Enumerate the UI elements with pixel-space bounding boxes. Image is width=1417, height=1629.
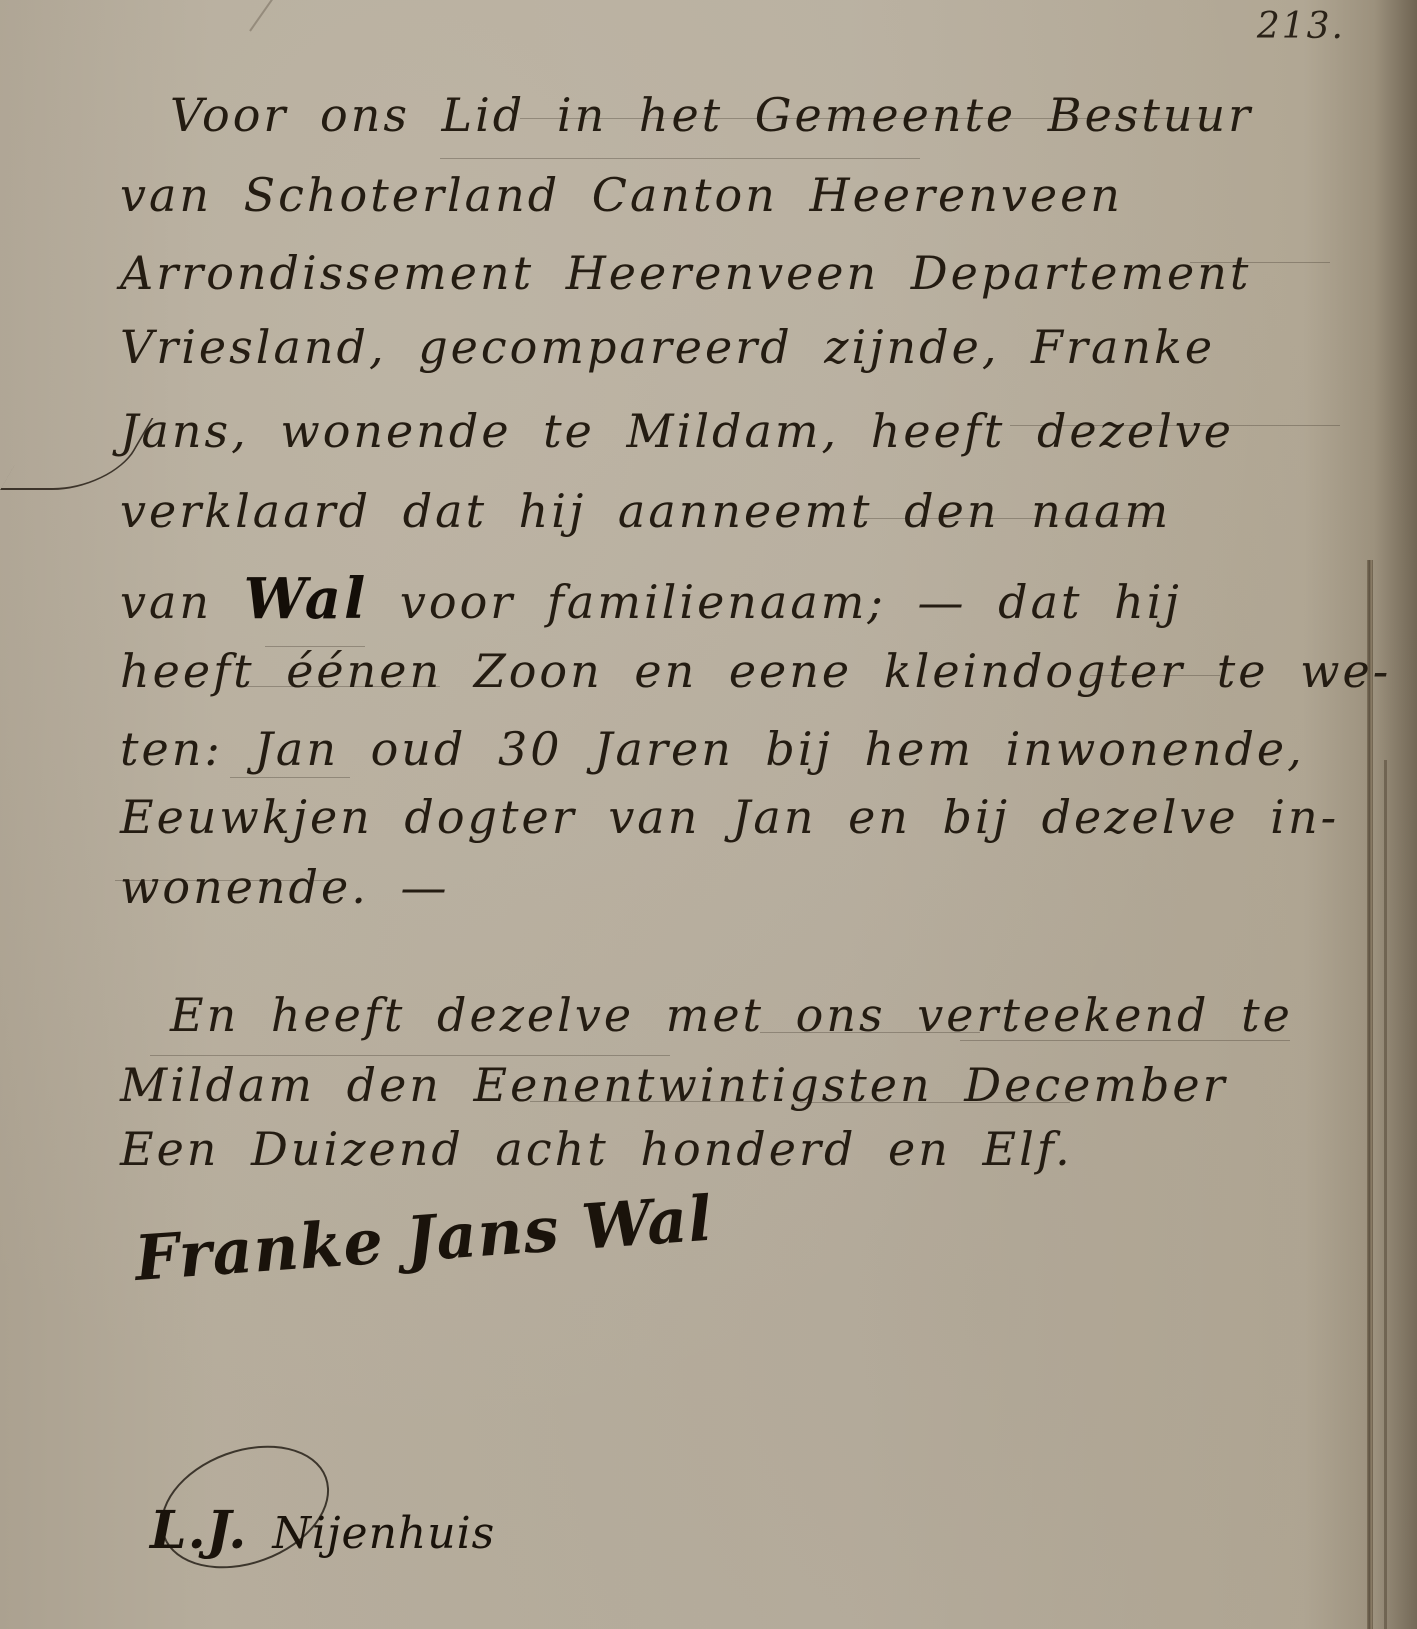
text-line-7-before: van bbox=[120, 575, 212, 629]
text-line-5: Jans, wonende te Mildam, heeft dezelve bbox=[120, 404, 1234, 458]
declarant-signature: Franke Jans Wal bbox=[132, 1182, 715, 1295]
binding-edge bbox=[1367, 560, 1373, 1629]
text-line-7-after: voor familienaam; — dat hij bbox=[400, 575, 1182, 629]
closing-line-1: En heeft dezelve met ons verteekend te bbox=[170, 988, 1293, 1042]
text-line-7: van Wal voor familienaam; — dat hij bbox=[120, 566, 1182, 632]
closing-line-3: Een Duizend acht honderd en Elf. bbox=[120, 1122, 1073, 1176]
ruled-line bbox=[440, 158, 920, 159]
text-line-3: Arrondissement Heerenveen Departement bbox=[120, 246, 1251, 300]
text-line-10: Eeuwkjen dogter van Jan en bij dezelve i… bbox=[120, 790, 1339, 844]
text-line-11: wonende. — bbox=[120, 860, 449, 914]
official-signature: L.J. Nijenhuis bbox=[150, 1500, 495, 1561]
margin-pencil-stroke bbox=[249, 0, 302, 32]
text-line-4: Vriesland, gecompareerd zijnde, Franke bbox=[120, 320, 1215, 374]
family-name-emphasis: Wal bbox=[244, 566, 369, 632]
official-surname: Nijenhuis bbox=[272, 1508, 495, 1559]
ruled-line bbox=[230, 777, 350, 778]
ruled-line bbox=[150, 1055, 670, 1056]
text-line-8: heeft éénen Zoon en eene kleindogter te … bbox=[120, 644, 1391, 698]
closing-line-2: Mildam den Eenentwintigsten December bbox=[120, 1058, 1228, 1112]
text-line-9: ten: Jan oud 30 Jaren bij hem inwonende, bbox=[120, 722, 1305, 776]
official-initials: L.J. bbox=[150, 1500, 247, 1561]
text-line-6: verklaard dat hij aanneemt den naam bbox=[120, 484, 1171, 538]
page-number: 213. bbox=[1257, 6, 1345, 47]
text-line-2: van Schoterland Canton Heerenveen bbox=[120, 168, 1123, 222]
document-page: 213. Voor ons Lid in het Gemeente Bestuu… bbox=[0, 0, 1417, 1629]
binding-edge-secondary bbox=[1384, 760, 1387, 1629]
text-line-1: Voor ons Lid in het Gemeente Bestuur bbox=[170, 88, 1253, 142]
